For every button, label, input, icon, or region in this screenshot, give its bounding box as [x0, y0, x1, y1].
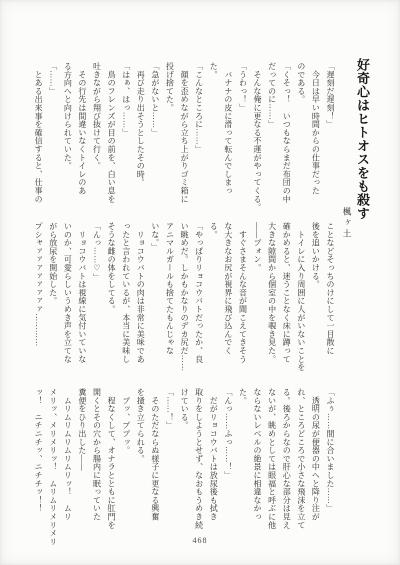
text-column: 今日は早い時間からの仕事だった — [308, 62, 323, 214]
text-tier-top: 「遅刻だ遅刻！」 今日は早い時間からの仕事だったのである。「くそっ！ いつもなら… — [23, 62, 337, 214]
text-column: 「やっぱりリョコウバトだったか、良 — [191, 222, 206, 382]
text-tier-middle: ことなどそっちのけにして一目散に後を追いかける。 トイレに入り周囲に人がいないこ… — [23, 222, 337, 382]
text-column: がら放尿を開始した。 — [45, 222, 60, 382]
text-column: いのか、可愛らしいうめき声を立てな — [60, 222, 75, 382]
text-column: た。 — [235, 388, 250, 540]
page-number: 468 — [0, 536, 400, 545]
text-column: な大きなお尻が視界に飛び込んでく — [220, 222, 235, 382]
text-column: すぐさまそんな音が聞こえてきそう — [235, 222, 250, 382]
text-column: 再び走り出そうとしたその時。 — [133, 62, 148, 214]
book-page: 好奇心はヒトオスをも殺す 楓ヶ土 「遅刻だ遅刻！」 今日は早い時間からの仕事だっ… — [0, 0, 400, 565]
text-column: 「んっ……ふっ……！」 — [220, 388, 235, 540]
text-column: い眺めだ。しかもかなりのデカ尻だ…… — [176, 222, 191, 382]
text-column: そうな雌の体をしてる。 — [104, 222, 119, 382]
text-column: リョコウバトの肉は非常に美味であ — [133, 222, 148, 382]
text-column: のである。 — [293, 62, 308, 214]
text-column: 大きな隙間から個室の中を覗き見た。 — [264, 222, 279, 382]
text-column: いな。」 — [147, 222, 162, 382]
text-column: る。 — [206, 222, 221, 382]
text-column: ったと言われているが、本当に美味し — [118, 222, 133, 382]
text-column: 「急がないと……」 — [147, 62, 162, 214]
text-tier-bottom: 「ふぅ……間に合いました……」 透明の尿が便器の中へと降り注がれ、ところどころで… — [23, 388, 337, 540]
text-column: 「こんなところに……」 — [191, 62, 206, 214]
story-title: 好奇心はヒトオスをも殺す — [354, 58, 370, 220]
text-column: 「んっ……♡」 — [89, 222, 104, 382]
text-column: ムリムリムリムリムリッ！ ムリ — [60, 388, 75, 540]
text-column: 取りをしようとせず、なおもうめき続 — [191, 388, 206, 540]
author-name: 楓ヶ土 — [341, 207, 353, 240]
text-column: 「うわっ！」 — [235, 62, 250, 214]
text-column: アニマルガールも捨てたもんじゃな — [162, 222, 177, 382]
text-column: ッ！ ニチニチッ、ニチチッ！！ — [31, 388, 46, 540]
text-column: 「ふぅ……間に合いました……」 — [322, 388, 337, 540]
text-column: ――ブォン。 — [249, 222, 264, 382]
text-column: 糞便をひり出した―― — [74, 388, 89, 540]
text-column: 投げ捨てた。 — [162, 62, 177, 214]
text-column: その行先は間違いなくトイレのあ — [74, 62, 89, 214]
text-column: メリッ、メリメリッ！ ムリムリメリメリ — [45, 388, 60, 540]
text-column: 「くそっ！ いつもならまだ布団の中 — [279, 62, 294, 214]
text-column: 「はぁ、はっ……」 — [118, 62, 133, 214]
text-column: 後を追いかける。 — [308, 222, 323, 382]
text-column: だがリョコウバトは放尿後も拭き — [206, 388, 221, 540]
text-column: リョコウバトは視線に気付いていな — [74, 222, 89, 382]
text-column: 透明の尿が便器の中へと降り注が — [308, 388, 323, 540]
text-column: けている。 — [176, 388, 191, 540]
text-column: ならないレベルの絶景に相違なかっ — [249, 388, 264, 540]
text-column: 鳥のフレンズが目の前を、白い息を — [104, 62, 119, 214]
text-column: を掻き立てられる。 — [133, 388, 148, 540]
text-column: とある出来事を確信すると、仕事の — [31, 62, 46, 214]
text-column: ブッ、ブブッ。 — [118, 388, 133, 540]
text-column: た。 — [206, 62, 221, 214]
text-column: 「……！」 — [162, 388, 177, 540]
text-column: 「……」 — [45, 62, 60, 214]
text-column: そんな俺に更なる不運がやってくる。 — [249, 62, 264, 214]
text-column: だってのに……」 — [264, 62, 279, 214]
text-column: ことなどそっちのけにして一目散に — [322, 222, 337, 382]
text-column: 「遅刻だ遅刻！」 — [322, 62, 337, 214]
text-column: そのただならぬ様子に更なる興奮 — [147, 388, 162, 540]
text-column: る方向へと向けられていた。 — [60, 62, 75, 214]
text-column: バナナの皮に滑って転んでしまっ — [220, 62, 235, 214]
text-column: る。後ろからなので肝心な部分は見え — [279, 388, 294, 540]
text-column: 開くとその穴から腸内に眠っていた — [89, 388, 104, 540]
text-column: ないが、眺めとしては眼福と呼ぶに他 — [264, 388, 279, 540]
text-column: トイレに入り周囲に人がいないことを — [293, 222, 308, 382]
text-column: 吐きながら翔び抜けて行く。 — [89, 62, 104, 214]
text-column: プシャァァァァァァァァ………… — [31, 222, 46, 382]
text-column: 程なくして、オナラとともに肛門を — [104, 388, 119, 540]
text-column: れ、ところどころで小さな飛沫を立て — [293, 388, 308, 540]
text-column: 確かめると、迷うことなく床に蹲って — [279, 222, 294, 382]
text-column: 顔を歪めながら立ち上がりゴミ箱に — [176, 62, 191, 214]
